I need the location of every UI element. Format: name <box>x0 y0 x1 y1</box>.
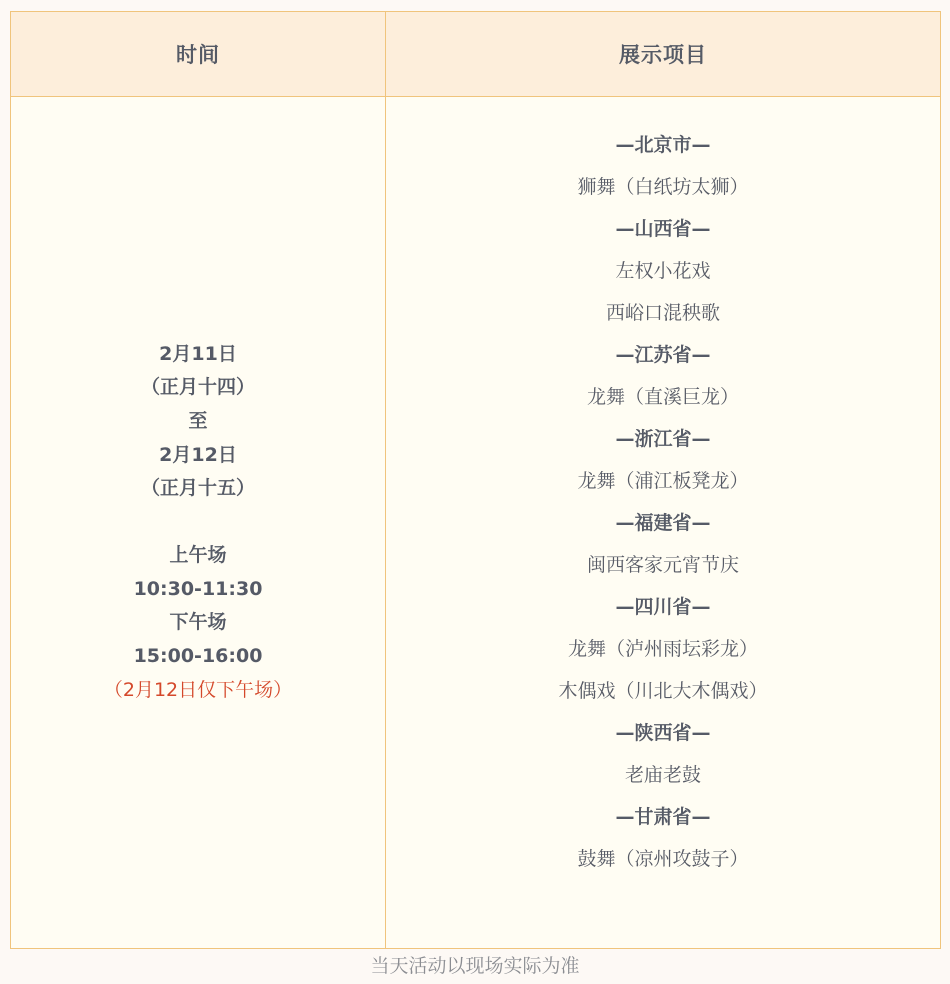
morning-session-label: 上午场 <box>11 539 385 573</box>
list-item: 左权小花戏 <box>386 250 940 292</box>
list-item: 西峪口混秧歌 <box>386 292 940 334</box>
items-list: —北京市— 狮舞（白纸坊太狮） —山西省— 左权小花戏 西峪口混秧歌 —江苏省—… <box>386 97 940 880</box>
province-heading: —四川省— <box>386 586 940 628</box>
province-heading: —浙江省— <box>386 418 940 460</box>
province-heading: —江苏省— <box>386 334 940 376</box>
time-line-end-date: 2月12日 <box>11 439 385 473</box>
time-line-to: 至 <box>11 405 385 439</box>
session-note: （2月12日仅下午场） <box>11 674 385 708</box>
time-line-end-lunar: （正月十五） <box>11 472 385 506</box>
list-item: 老庙老鼓 <box>386 754 940 796</box>
afternoon-session-label: 下午场 <box>11 606 385 640</box>
province-heading: —北京市— <box>386 124 940 166</box>
time-spacer <box>11 506 385 540</box>
province-heading: —山西省— <box>386 208 940 250</box>
afternoon-session-time: 15:00-16:00 <box>11 640 385 674</box>
schedule-table: 时间 展示项目 2月11日 （正月十四） 至 2月12日 （正月十五） 上午场 … <box>10 11 941 949</box>
items-cell: —北京市— 狮舞（白纸坊太狮） —山西省— 左权小花戏 西峪口混秧歌 —江苏省—… <box>386 97 941 949</box>
province-heading: —甘肃省— <box>386 796 940 838</box>
list-item: 龙舞（直溪巨龙） <box>386 376 940 418</box>
time-line-start-lunar: （正月十四） <box>11 371 385 405</box>
time-cell: 2月11日 （正月十四） 至 2月12日 （正月十五） 上午场 10:30-11… <box>11 97 386 949</box>
province-heading: —福建省— <box>386 502 940 544</box>
list-item: 闽西客家元宵节庆 <box>386 544 940 586</box>
footer-note: 当天活动以现场实际为准 <box>0 953 950 979</box>
list-item: 狮舞（白纸坊太狮） <box>386 166 940 208</box>
province-heading: —陕西省— <box>386 712 940 754</box>
table-row: 2月11日 （正月十四） 至 2月12日 （正月十五） 上午场 10:30-11… <box>11 97 941 949</box>
list-item: 龙舞（泸州雨坛彩龙） <box>386 628 940 670</box>
table-header-row: 时间 展示项目 <box>11 12 941 97</box>
header-time: 时间 <box>11 12 386 97</box>
list-item: 鼓舞（凉州攻鼓子） <box>386 838 940 880</box>
header-items: 展示项目 <box>386 12 941 97</box>
list-item: 木偶戏（川北大木偶戏） <box>386 670 940 712</box>
morning-session-time: 10:30-11:30 <box>11 573 385 607</box>
time-line-start-date: 2月11日 <box>11 338 385 372</box>
list-item: 龙舞（浦江板凳龙） <box>386 460 940 502</box>
